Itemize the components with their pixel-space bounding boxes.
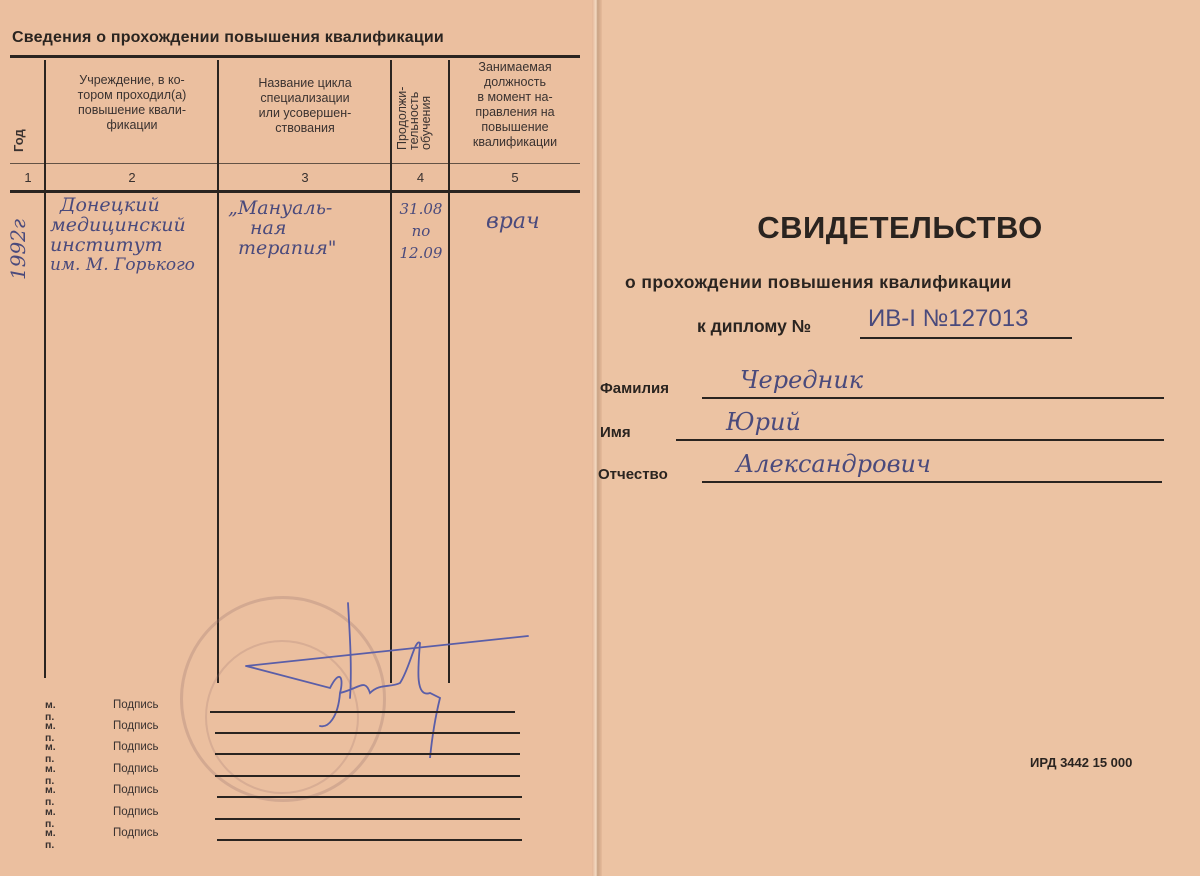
diploma-number-line (860, 337, 1072, 339)
print-code: ИРД 3442 15 000 (1030, 755, 1132, 770)
signature-label: Подпись (113, 763, 159, 775)
certificate-title: СВИДЕТЕЛЬСТВО (600, 210, 1200, 246)
cycle-line: ная (228, 218, 337, 238)
signature-line[interactable] (215, 818, 520, 820)
header-sub-rule (10, 163, 580, 164)
diploma-number: ИВ-I №127013 (868, 305, 1028, 333)
signature-label: Подпись (113, 699, 159, 711)
surname-label: Фамилия (600, 380, 669, 397)
institution-line: институт (50, 235, 195, 255)
name-line (676, 439, 1164, 441)
cycle-line: терапия" (228, 238, 337, 258)
patronymic-line (702, 481, 1162, 483)
header-institution: Учреждение, в ко- тором проходил(а) повы… (48, 73, 216, 133)
duration-sep: по (396, 220, 446, 242)
col-divider-1 (44, 60, 46, 190)
institution-line: им. М. Горького (50, 255, 195, 275)
surname-value: Чередник (740, 366, 863, 394)
duration-start: 31.08 (396, 198, 446, 220)
row-position: врач (486, 212, 540, 232)
institution-line: медицинский (50, 215, 195, 235)
col-divider-3 (390, 60, 392, 190)
col-num-1: 1 (18, 170, 38, 185)
col-num-4: 4 (393, 170, 448, 185)
signature-label: Подпись (113, 720, 159, 732)
signature-label: Подпись (113, 784, 159, 796)
signature-label: Подпись (113, 827, 159, 839)
table-top-rule (10, 55, 580, 58)
surname-line (702, 397, 1164, 399)
signature-line[interactable] (210, 711, 515, 713)
duration-end: 12.09 (396, 242, 446, 264)
patronymic-label: Отчество (598, 466, 668, 483)
col-num-3: 3 (220, 170, 390, 185)
section-title: Сведения о прохождении повышения квалифи… (12, 29, 444, 47)
signature-label: Подпись (113, 806, 159, 818)
diploma-label: к диплому № (697, 316, 811, 337)
col-divider-2 (217, 60, 219, 190)
row-year: 1992г (8, 219, 28, 280)
signature-line[interactable] (217, 796, 522, 798)
institution-line: Донецкий (50, 195, 195, 215)
patronymic-value: Александрович (736, 450, 931, 478)
body-col-divider-2 (217, 193, 219, 683)
signature-line[interactable] (217, 839, 522, 841)
name-label: Имя (600, 424, 631, 441)
row-institution: Донецкий медицинский институт им. М. Гор… (50, 195, 195, 275)
name-value: Юрий (726, 408, 801, 436)
row-cycle: „Мануаль- ная терапия" (228, 198, 337, 258)
header-duration: Продолжи- тельность обучения (396, 87, 432, 150)
certificate-subtitle: о прохождении повышения квалификации (625, 272, 1012, 293)
right-page (600, 0, 1200, 876)
header-year: Год (12, 129, 25, 152)
signature-icon (240, 598, 540, 758)
seal-place-label: м. п. (45, 741, 56, 765)
table-header-bottom-rule (10, 190, 580, 193)
seal-place-label: м. п. (45, 784, 56, 808)
header-position: Занимаемая должность в момент на- правле… (452, 60, 578, 150)
body-col-divider-1 (44, 193, 46, 678)
header-cycle: Название цикла специализации или усоверш… (220, 76, 390, 136)
signature-line[interactable] (215, 732, 520, 734)
signature-line[interactable] (215, 775, 520, 777)
row-duration: 31.08 по 12.09 (396, 198, 446, 264)
signature-label: Подпись (113, 741, 159, 753)
col-num-2: 2 (48, 170, 216, 185)
seal-place-label: м. п. (45, 827, 56, 851)
signature-line[interactable] (215, 753, 520, 755)
col-num-5: 5 (452, 170, 578, 185)
cycle-line: „Мануаль- (228, 198, 337, 218)
col-divider-4 (448, 60, 450, 190)
